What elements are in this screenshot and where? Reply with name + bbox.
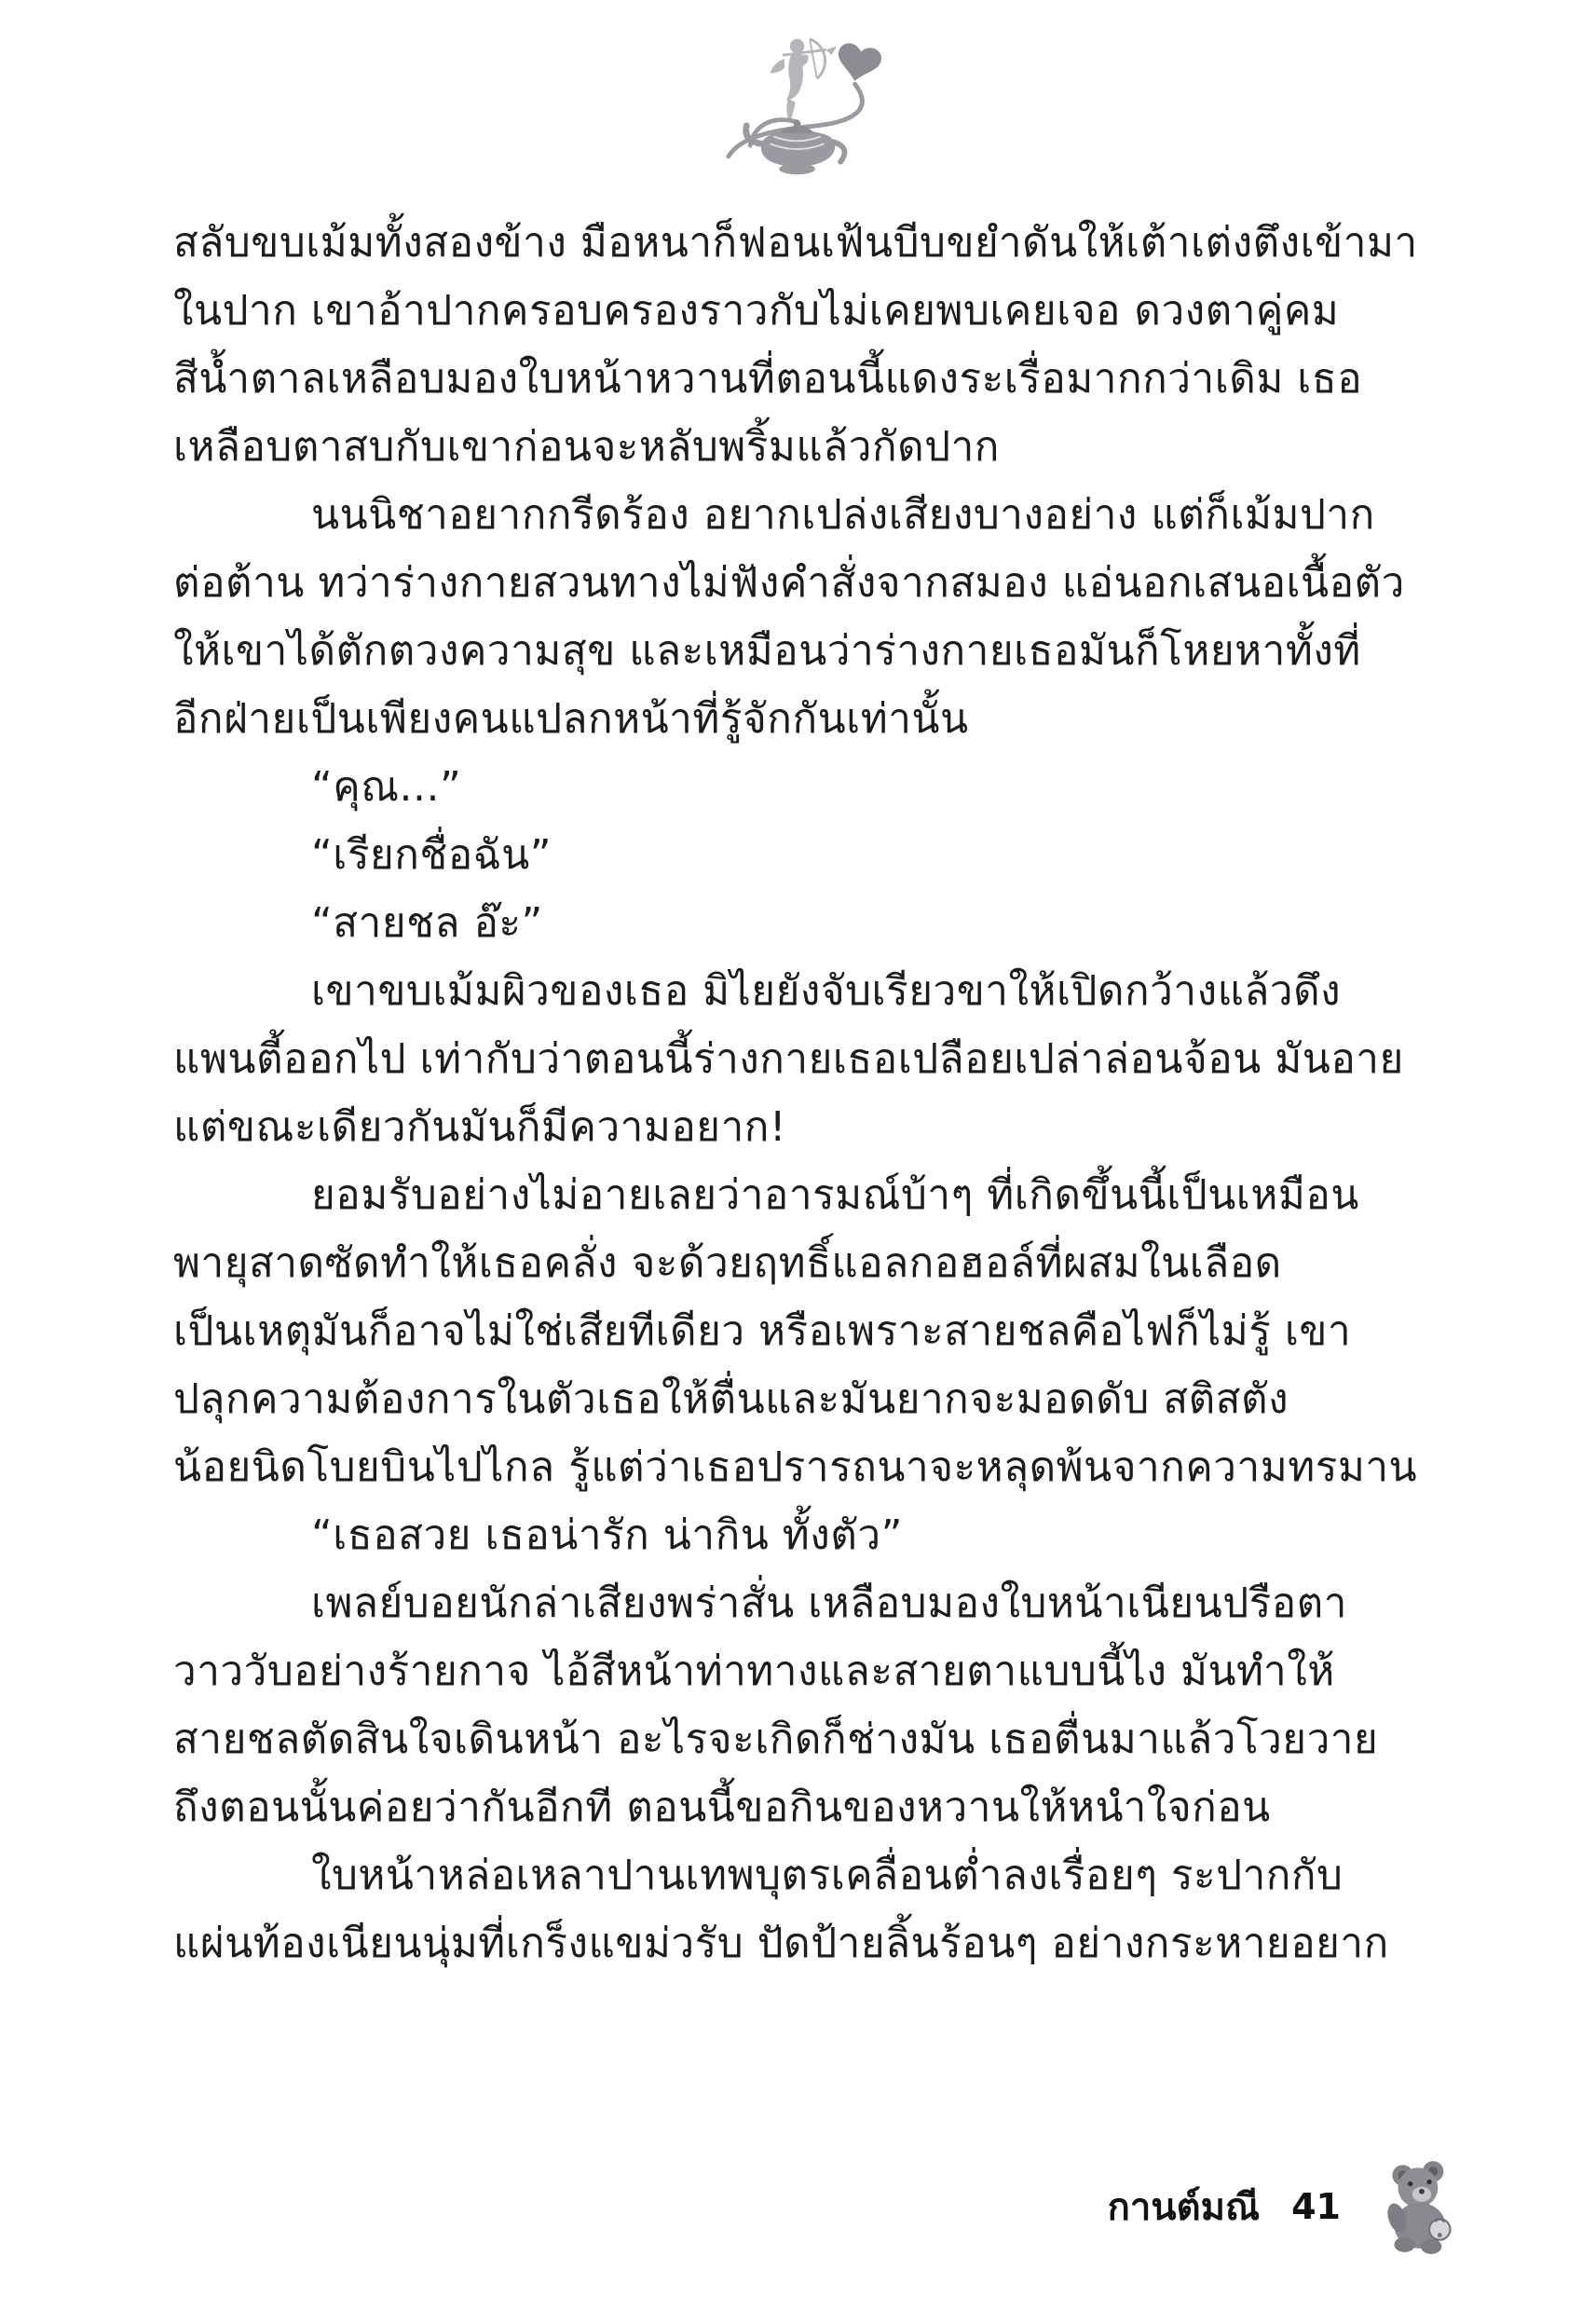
footer-page-number: 41: [1291, 2186, 1341, 2227]
text-line: เหลือบตาสบกับเขาก่อนจะหลับพริ้มแล้วกัดปา…: [173, 413, 1431, 481]
text-line: ต่อต้าน ทว่าร่างกายสวนทางไม่ฟังคำสั่งจาก…: [173, 549, 1431, 617]
text-line: เพลย์บอยนักล่าเสียงพร่าสั่น เหลือบมองใบห…: [173, 1569, 1431, 1637]
text-line: ให้เขาได้ตักตวงความสุข และเหมือนว่าร่างก…: [173, 617, 1431, 685]
text-line: “สายชล อ๊ะ”: [173, 889, 1431, 957]
text-line: ยอมรับอย่างไม่อายเลยว่าอารมณ์บ้าๆ ที่เกิ…: [173, 1161, 1431, 1229]
text-line: เป็นเหตุมันก็อาจไม่ใช่เสียทีเดียว หรือเพ…: [173, 1297, 1431, 1365]
text-line: ในปาก เขาอ้าปากครอบครองราวกับไม่เคยพบเคย…: [173, 277, 1431, 345]
cupid-lamp-ornament-icon: [689, 32, 908, 181]
footer-author-name: กานต์มณี: [1108, 2177, 1260, 2236]
text-line: แต่ขณะเดียวกันมันก็มีความอยาก!: [173, 1093, 1431, 1161]
teddy-bear-icon: [1372, 2159, 1477, 2254]
text-line: แพนตี้ออกไป เท่ากับว่าตอนนี้ร่างกายเธอเป…: [173, 1025, 1431, 1093]
text-line: “เธอสวย เธอน่ารัก น่ากิน ทั้งตัว”: [173, 1501, 1431, 1569]
text-line: แผ่นท้องเนียนนุ่มที่เกร็งแขม่วรับ ปัดป้า…: [173, 1909, 1431, 1977]
text-line: ถึงตอนนั้นค่อยว่ากันอีกที ตอนนี้ขอกินของ…: [173, 1773, 1431, 1841]
text-line: นนนิชาอยากกรีดร้อง อยากเปล่งเสียงบางอย่า…: [173, 481, 1431, 549]
text-line: “คุณ...”: [173, 753, 1431, 821]
text-line: ใบหน้าหล่อเหลาปานเทพบุตรเคลื่อนต่ำลงเรื่…: [173, 1841, 1431, 1909]
text-line: สายชลตัดสินใจเดินหน้า อะไรจะเกิดก็ช่างมั…: [173, 1705, 1431, 1773]
text-line: “เรียกชื่อฉัน”: [173, 821, 1431, 889]
text-line: วาววับอย่างร้ายกาจ ไอ้สีหน้าท่าทางและสาย…: [173, 1637, 1431, 1705]
text-line: พายุสาดซัดทำให้เธอคลั่ง จะด้วยฤทธิ์แอลกอ…: [173, 1229, 1431, 1297]
text-line: สีน้ำตาลเหลือบมองใบหน้าหวานที่ตอนนี้แดงร…: [173, 345, 1431, 413]
text-line: เขาขบเม้มผิวของเธอ มิไยยังจับเรียวขาให้เ…: [173, 957, 1431, 1025]
text-line: ปลุกความต้องการในตัวเธอให้ตื่นและมันยากจ…: [173, 1365, 1431, 1433]
page-footer: กานต์มณี 41: [1108, 2158, 1477, 2255]
page-text-block: สลับขบเม้มทั้งสองข้าง มือหนาก็ฟอนเฟ้นบีบ…: [173, 209, 1431, 1977]
text-line: อีกฝ่ายเป็นเพียงคนแปลกหน้าที่รู้จักกันเท…: [173, 685, 1431, 753]
text-line: น้อยนิดโบยบินไปไกล รู้แต่ว่าเธอปรารถนาจะ…: [173, 1433, 1431, 1501]
text-line: สลับขบเม้มทั้งสองข้าง มือหนาก็ฟอนเฟ้นบีบ…: [173, 209, 1431, 277]
